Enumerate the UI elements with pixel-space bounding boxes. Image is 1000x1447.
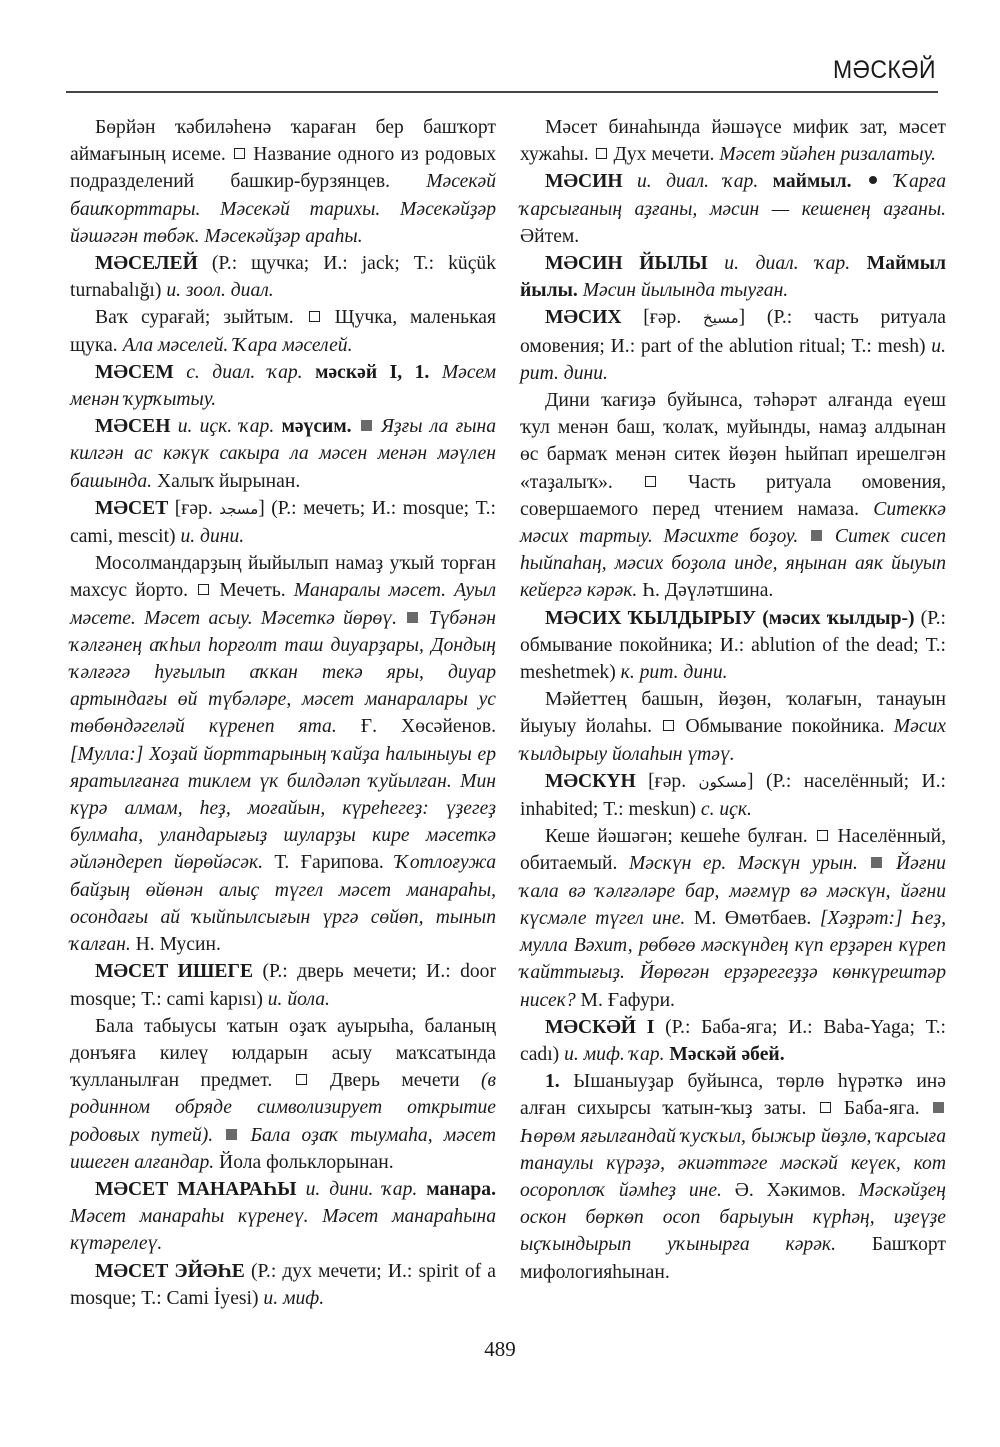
- text: [239, 1125, 250, 1146]
- running-head: МӘСКӘЙ: [833, 56, 936, 85]
- example-marker-icon: [933, 1102, 944, 1113]
- text: Т. Ғарипова.: [263, 852, 395, 873]
- text: [352, 416, 359, 437]
- text: Ә. Хәкимов.: [722, 1180, 859, 1201]
- headword: МӘСЕЛЕЙ: [95, 253, 198, 274]
- translation-marker-icon: [820, 1102, 831, 1113]
- entry-definition: Дини ҡағиҙә буйынса, тәһәрәт алғанда еүе…: [520, 387, 946, 605]
- text: [303, 362, 316, 383]
- text: [374, 416, 381, 437]
- entry-definition: Кеше йәшәгән; кешеһе булған. Населённый,…: [520, 823, 946, 1013]
- right-column: Мәсет бинаһында йәшәүсе мифик зат, мәсет…: [520, 114, 946, 1286]
- page-number: 489: [0, 1337, 1000, 1362]
- text: Дух мечети.: [609, 144, 720, 165]
- dictionary-entry: МӘСКӘЙ I (Р.: Баба-яга; И.: Baba-Yaga; Т…: [520, 1014, 946, 1068]
- text: [623, 171, 637, 192]
- entry-definition: Мәсет бинаһында йәшәүсе мифик зат, мәсет…: [520, 114, 946, 168]
- text: [429, 362, 442, 383]
- text: [858, 853, 870, 874]
- example-marker-icon: [407, 612, 418, 623]
- text: М. Ғафури.: [576, 990, 675, 1011]
- text: М. Өмөтбаев.: [685, 908, 820, 929]
- text: Обмывание покойника.: [676, 716, 893, 737]
- dictionary-entry: МӘСЕТ [ғәр. مسجد] (Р.: мечеть; И.: mosqu…: [70, 495, 496, 550]
- text: [884, 853, 896, 874]
- text: Йола фольклорынан.: [214, 1152, 394, 1173]
- bold-reference: Мәскәй әбей.: [669, 1044, 784, 1065]
- text: [274, 416, 281, 437]
- bold-reference: маймыл.: [773, 171, 852, 192]
- italic-text: и. миф. ҡар.: [564, 1044, 664, 1065]
- example-marker-icon: [811, 530, 822, 541]
- italic-text: с. иҫк.: [701, 799, 752, 820]
- example-marker-icon: [226, 1129, 237, 1140]
- dictionary-entry: МӘСЕТ ИШЕГЕ (Р.: дверь мечети; И.: door …: [70, 958, 496, 1012]
- italic-text: и. иҫк. ҡар.: [178, 416, 275, 437]
- bold-reference: мәскәй I, 1.: [315, 362, 429, 383]
- italic-text: и. зоол. диал.: [166, 280, 273, 301]
- headword: МӘСЕТ: [95, 498, 168, 519]
- text: Н. Мусин.: [131, 934, 221, 955]
- header-rule: [66, 91, 938, 93]
- italic-text: и. дини.: [180, 526, 244, 547]
- proverb-bullet-icon: [869, 176, 877, 184]
- headword: МӘСЕТ ЭЙӘҺЕ: [95, 1261, 245, 1282]
- headword: МӘСЕН: [95, 416, 170, 437]
- example-marker-icon: [361, 420, 372, 431]
- italic-text: и. йола.: [268, 989, 330, 1010]
- headword: МӘСЕТ ИШЕГЕ: [95, 961, 253, 982]
- italic-text: Ала мәселей. Ҡара мәселей.: [123, 335, 353, 356]
- text: [824, 526, 835, 547]
- entry-definition: Мосолмандарҙың йыйылып намаҙ уҡый торған…: [70, 550, 496, 958]
- text: [758, 171, 772, 192]
- text: [ғәр.: [168, 498, 219, 519]
- text: [850, 253, 867, 274]
- translation-marker-icon: [234, 148, 245, 159]
- text: Баба-яга.: [833, 1098, 931, 1119]
- left-column: Бөрйән ҡәбиләһенә ҡараған бер башҡорт ай…: [70, 114, 496, 1312]
- translation-marker-icon: [817, 830, 828, 841]
- text: [798, 526, 809, 547]
- italic-text: к. рит. дини.: [621, 662, 728, 683]
- example-marker-icon: [871, 857, 882, 868]
- dictionary-entry: МӘСЕЛЕЙ (Р.: щучка; И.: jack; Т.: küçük …: [70, 250, 496, 304]
- text: Һ. Дәүләтшина.: [637, 580, 773, 601]
- dictionary-entry: МӘСЕН и. иҫк. ҡар. мәүсим. Яҙғы ла ғына …: [70, 413, 496, 495]
- headword: МӘСИХ ҠЫЛДЫРЫУ (мәсих ҡылдыр-): [545, 608, 915, 629]
- entry-definition: 1. Ышаныуҙар буйынса, төрлө һүрәткә инә …: [520, 1068, 946, 1286]
- text: Ғ. Хөсәйенов.: [337, 716, 496, 737]
- dictionary-entry: МӘСКҮН [ғәр. مسكون] (Р.: населённый; И.:…: [520, 768, 946, 823]
- translation-marker-icon: [198, 584, 209, 595]
- text: [297, 1179, 306, 1200]
- headword: МӘСЕМ: [95, 362, 174, 383]
- text: [397, 608, 405, 629]
- text: Кеше йәшәгән; кешеһе булған.: [545, 826, 815, 847]
- text: [213, 1125, 224, 1146]
- text: [170, 416, 177, 437]
- headword: МӘСИН ЙЫЛЫ: [545, 253, 708, 274]
- bold-reference: мәүсим.: [282, 416, 352, 437]
- italic-text: Мәсет эйәһен ризалатыу.: [719, 144, 936, 165]
- bold-reference: манара.: [426, 1179, 496, 1200]
- dictionary-entry: МӘСИН и. диал. ҡар. маймыл. Ҡарға ҡарсығ…: [520, 168, 946, 250]
- text: [708, 253, 725, 274]
- entry-definition: Ваҡ сурағай; зыйтым. Щучка, маленькая щу…: [70, 304, 496, 358]
- text: Дверь мечети: [309, 1070, 481, 1091]
- translation-marker-icon: [645, 476, 656, 487]
- text: [417, 1179, 426, 1200]
- headword: МӘСКҮН: [545, 771, 636, 792]
- translation-marker-icon: [596, 148, 607, 159]
- arabic-etymology: مسكون: [699, 773, 747, 791]
- text: [ғәр.: [622, 307, 704, 328]
- translation-marker-icon: [309, 311, 320, 322]
- italic-text: Мәсет манараһы күренеү. Мәсет манараһына…: [70, 1206, 496, 1254]
- headword: МӘСИХ: [545, 307, 622, 328]
- italic-text: и. диал. ҡар.: [724, 253, 850, 274]
- italic-text: и. дини. ҡар.: [306, 1179, 418, 1200]
- text: [420, 608, 428, 629]
- entry-definition: Бөрйән ҡәбиләһенә ҡараған бер башҡорт ай…: [70, 114, 496, 250]
- translation-marker-icon: [296, 1074, 307, 1085]
- text: [880, 171, 894, 192]
- text: Халыҡ йырынан.: [152, 471, 300, 492]
- dictionary-entry: МӘСИН ЙЫЛЫ и. диал. ҡар. Маймыл йылы. Мә…: [520, 250, 946, 304]
- text: Мечеть.: [211, 580, 294, 601]
- entry-definition: МӘСИХ ҠЫЛДЫРЫУ (мәсих ҡылдыр-) (Р.: обмы…: [520, 605, 946, 687]
- text: [851, 171, 865, 192]
- italic-text: Мәскүн ер. Мәскүн урын.: [629, 853, 858, 874]
- headword: МӘСЕТ МАНАРАҺЫ: [95, 1179, 297, 1200]
- text: Әйтем.: [520, 226, 579, 247]
- italic-text: и. миф.: [263, 1288, 324, 1309]
- dictionary-entry: МӘСИХ [ғәр. مسيخ] (Р.: часть ритуала омо…: [520, 304, 946, 387]
- translation-marker-icon: [663, 720, 674, 731]
- headword: МӘСКӘЙ I: [545, 1017, 654, 1038]
- text: [174, 362, 187, 383]
- arabic-etymology: مسيخ: [703, 309, 739, 327]
- text: [ғәр.: [636, 771, 699, 792]
- entry-definition: Мәйеттең башын, йөҙөн, ҡолағын, танауын …: [520, 686, 946, 768]
- arabic-etymology: مسجد: [219, 500, 258, 518]
- dictionary-entry: МӘСЕТ МАНАРАҺЫ и. дини. ҡар. манара. Мәс…: [70, 1176, 496, 1258]
- italic-text: и. диал. ҡар.: [637, 171, 758, 192]
- headword: МӘСИН: [545, 171, 623, 192]
- headword: 1.: [545, 1071, 560, 1092]
- dictionary-entry: МӘСЕМ с. диал. ҡар. мәскәй I, 1. Мәсем м…: [70, 359, 496, 413]
- dictionary-entry: МӘСЕТ ЭЙӘҺЕ (Р.: дух мечети; И.: spirit …: [70, 1258, 496, 1312]
- entry-definition: Бала табыусы ҡатын оҙаҡ ауырыһа, баланың…: [70, 1013, 496, 1176]
- italic-text: с. диал. ҡар.: [186, 362, 302, 383]
- italic-text: Мәсин йылында тыуған.: [583, 280, 789, 301]
- text: Ваҡ сурағай; зыйтым.: [95, 307, 307, 328]
